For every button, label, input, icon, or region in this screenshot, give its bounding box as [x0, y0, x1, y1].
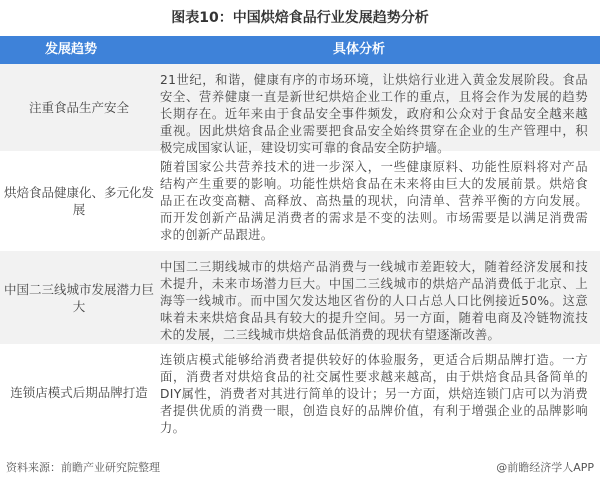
- analysis-cell: 随着国家公共营养技术的进一步深入，一些健康原料、功能性原料将对产品结构产生重要的…: [158, 151, 600, 251]
- header-trend: 发展趋势: [0, 36, 158, 64]
- brand-credit: @前瞻经济学人APP: [496, 458, 594, 478]
- trend-cell: 烘焙食品健康化、多元化发展: [0, 151, 158, 251]
- analysis-cell: 连锁店模式能够给消费者提供较好的体验服务，更适合后期品牌打造。一方面，消费者对烘…: [158, 344, 600, 440]
- trend-analysis-table: 发展趋势 具体分析 注重食品生产安全 21世纪，和谐，健康有序的市场环境，让烘焙…: [0, 36, 600, 440]
- table-row: 注重食品生产安全 21世纪，和谐，健康有序的市场环境，让烘焙行业进入黄金发展阶段…: [0, 64, 600, 151]
- table-row: 中国二三线城市发展潜力巨大 中国二三期线城市的烘焙产品消费与一线城市差距较大，随…: [0, 251, 600, 344]
- table-header: 发展趋势 具体分析: [0, 36, 600, 64]
- analysis-cell: 21世纪，和谐，健康有序的市场环境，让烘焙行业进入黄金发展阶段。食品安全、营养健…: [158, 64, 600, 151]
- trend-cell: 连锁店模式后期品牌打造: [0, 344, 158, 440]
- figure-title: 图表10：中国烘焙食品行业发展趋势分析: [0, 6, 600, 30]
- trend-cell: 注重食品生产安全: [0, 64, 158, 151]
- source-note: 资料来源：前瞻产业研究院整理: [6, 458, 160, 478]
- table-row: 连锁店模式后期品牌打造 连锁店模式能够给消费者提供较好的体验服务，更适合后期品牌…: [0, 344, 600, 440]
- footer: 资料来源：前瞻产业研究院整理 @前瞻经济学人APP: [0, 458, 600, 478]
- analysis-cell: 中国二三期线城市的烘焙产品消费与一线城市差距较大，随着经济发展和技术提升，未来市…: [158, 251, 600, 344]
- trend-cell: 中国二三线城市发展潜力巨大: [0, 251, 158, 344]
- header-analysis: 具体分析: [158, 36, 600, 64]
- table-row: 烘焙食品健康化、多元化发展 随着国家公共营养技术的进一步深入，一些健康原料、功能…: [0, 151, 600, 251]
